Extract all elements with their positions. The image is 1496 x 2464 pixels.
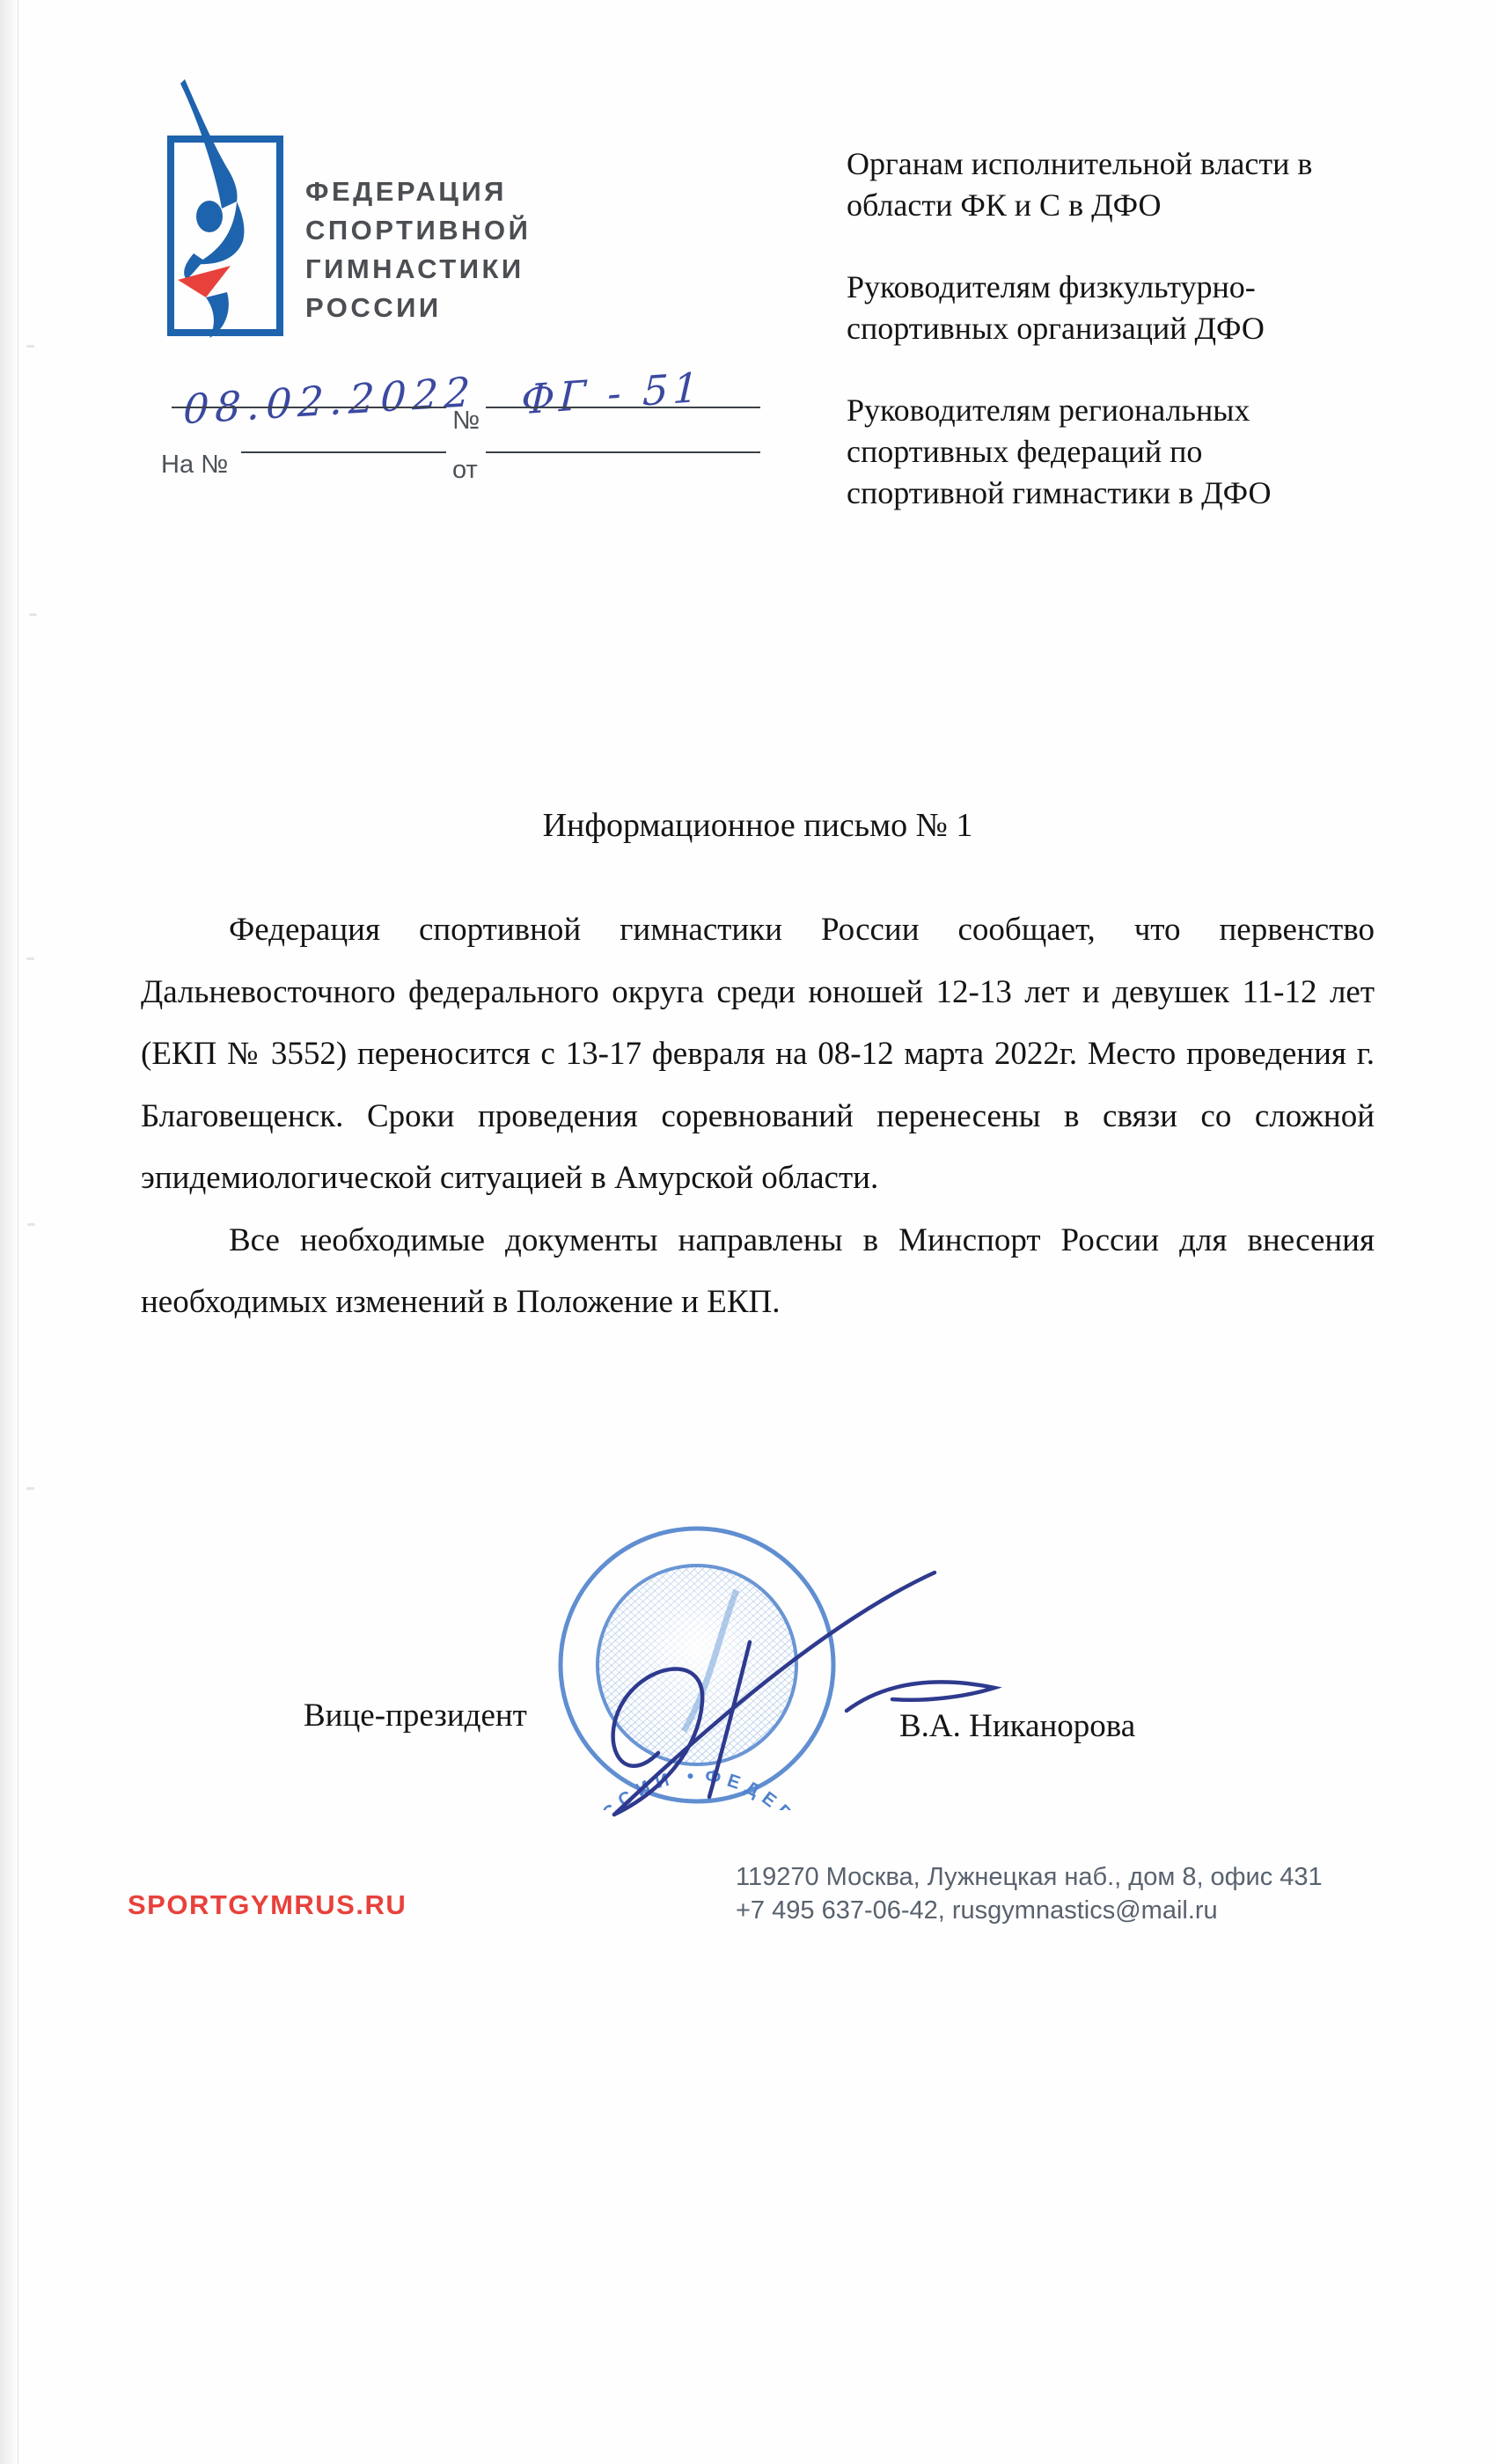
scan-tick: [29, 613, 37, 616]
body-paragraph: Все необходимые документы направлены в М…: [141, 1210, 1375, 1334]
federation-gymnast-logo-icon: [148, 69, 302, 350]
website-link[interactable]: SPORTGYMRUS.RU: [128, 1889, 407, 1921]
handwritten-number: ФГ - 51: [520, 363, 703, 424]
incoming-number-label: На №: [161, 451, 228, 480]
scan-edge-line: [18, 0, 18, 2464]
scan-tick: [26, 957, 34, 960]
federation-name-line: РОССИИ: [305, 289, 531, 327]
from-label: от: [452, 456, 478, 485]
addressee-block: Органам исполнительной власти в области …: [847, 143, 1366, 554]
scan-tick: [26, 345, 34, 348]
addressee-line: Органам исполнительной власти в области …: [847, 143, 1366, 226]
from-underline: [486, 451, 760, 453]
scan-edge-band: [0, 0, 15, 2464]
scan-tick: [26, 1487, 34, 1490]
addressee-line: Руководителям региональных спортивных фе…: [847, 390, 1366, 514]
handwritten-date: 08.02.2022: [182, 368, 477, 434]
signer-name: В.А. Никанорова: [899, 1707, 1135, 1745]
federation-name: ФЕДЕРАЦИЯ СПОРТИВНОЙ ГИМНАСТИКИ РОССИИ: [305, 172, 531, 327]
incoming-underline: [241, 451, 446, 453]
scanned-letter-page: ФЕДЕРАЦИЯ СПОРТИВНОЙ ГИМНАСТИКИ РОССИИ 0…: [0, 0, 1496, 2464]
handwritten-signature: [528, 1496, 1056, 1852]
letter-body: Федерация спортивной гимнастики России с…: [141, 899, 1375, 1334]
federation-name-line: ФЕДЕРАЦИЯ: [305, 172, 531, 211]
scan-tick: [27, 1223, 35, 1226]
number-underline: [486, 407, 760, 408]
federation-name-line: ГИМНАСТИКИ: [305, 250, 531, 289]
body-paragraph: Федерация спортивной гимнастики России с…: [141, 899, 1375, 1210]
date-underline: [172, 407, 446, 408]
number-label: №: [452, 407, 480, 436]
signer-position: Вице-президент: [304, 1697, 527, 1734]
letter-title: Информационное письмо № 1: [141, 806, 1375, 845]
addressee-line: Руководителям физкультурно-спортивных ор…: [847, 267, 1366, 349]
phone-email: +7 495 637-06-42, rusgymnastics@mail.ru: [736, 1894, 1323, 1927]
contact-block: 119270 Москва, Лужнецкая наб., дом 8, оф…: [736, 1860, 1323, 1927]
federation-name-line: СПОРТИВНОЙ: [305, 211, 531, 250]
postal-address: 119270 Москва, Лужнецкая наб., дом 8, оф…: [736, 1860, 1323, 1894]
